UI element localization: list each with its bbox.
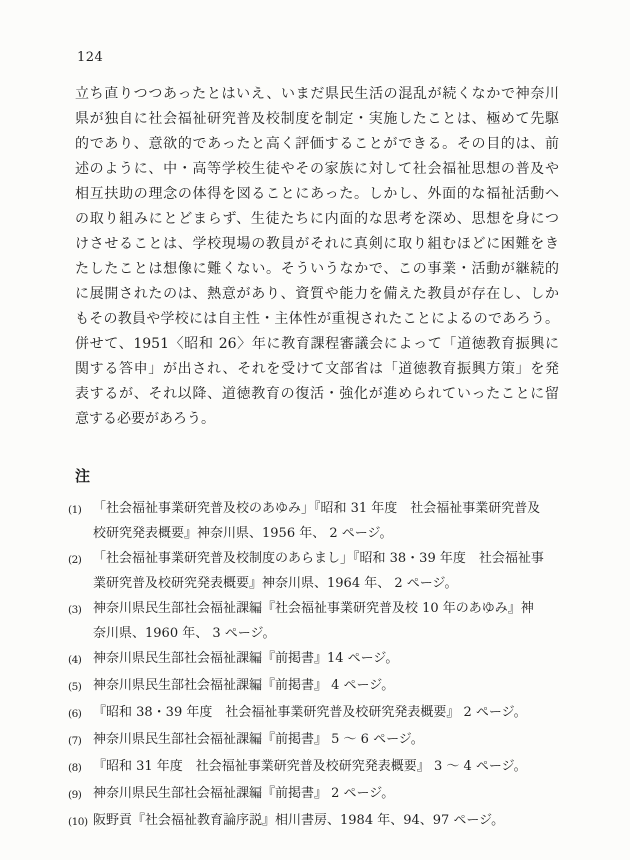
footnote: (2)「社会福祉事業研究普及校制度のあらまし」『昭和 38・39 年度 社会福祉… [68,546,559,596]
footnote: (4)神奈川県民生部社会福祉課編『前掲書』14 ページ。 [68,646,559,673]
paragraph-line: に展開されたのは、熱意があり、資質や能力を備えた教員が存在し、しか [75,282,559,307]
paragraph-line: 相互扶助の理念の体得を図ることにあった。しかし、外面的な福祉活動へ [75,182,559,207]
footnote-line: 『昭和 31 年度 社会福祉事業研究普及校研究発表概要』 3 〜 4 ページ。 [93,754,559,779]
footnote-number: (7) [68,727,93,754]
paragraph-line: 県が独自に社会福祉研究普及校制度を制定・実施したことは、極めて先駆 [75,107,559,132]
footnote-line: 奈川県、1960 年、 3 ページ。 [93,621,559,646]
footnote-lines: 「社会福祉事業研究普及校のあゆみ」『昭和 31 年度 社会福祉事業研究普及校研究… [93,496,559,546]
notes-heading: 注 [75,466,559,486]
footnote-lines: 阪野貢『社会福祉教育論序説』相川書房、1984 年、94、97 ページ。 [93,808,559,833]
paragraph-line: もその教員や学校には自主性・主体性が重視されたことによるのであろう。 [75,307,559,332]
paragraph-line: 述のように、中・高等学校生徒やその家族に対して社会福祉思想の普及や [75,157,559,182]
footnote-number: (9) [68,781,93,808]
footnote: (9)神奈川県民生部社会福祉課編『前掲書』 2 ページ。 [68,781,559,808]
paragraph-line: たしたことは想像に難くない。そういうなかで、この事業・活動が継続的 [75,257,559,282]
footnote-lines: 神奈川県民生部社会福祉課編『前掲書』 4 ページ。 [93,673,559,698]
footnote-lines: 神奈川県民生部社会福祉課編『前掲書』 2 ページ。 [93,781,559,806]
footnote-line: 「社会福祉事業研究普及校のあゆみ」『昭和 31 年度 社会福祉事業研究普及 [93,496,559,521]
footnote-number: (10) [68,808,93,835]
footnote: (10)阪野貢『社会福祉教育論序説』相川書房、1984 年、94、97 ページ。 [68,808,559,835]
footnote-line: 神奈川県民生部社会福祉課編『前掲書』 4 ページ。 [93,673,559,698]
footnote-number: (5) [68,673,93,700]
body-paragraph: 立ち直りつつあったとはいえ、いまだ県民生活の混乱が続くなかで神奈川県が独自に社会… [75,82,559,432]
page-number: 124 [77,50,559,66]
footnote-number: (3) [68,596,93,623]
document-page: 124 立ち直りつつあったとはいえ、いまだ県民生活の混乱が続くなかで神奈川県が独… [0,0,630,860]
footnote: (1)「社会福祉事業研究普及校のあゆみ」『昭和 31 年度 社会福祉事業研究普及… [68,496,559,546]
notes-list: (1)「社会福祉事業研究普及校のあゆみ」『昭和 31 年度 社会福祉事業研究普及… [68,496,559,835]
footnote-number: (4) [68,646,93,673]
footnote: (7)神奈川県民生部社会福祉課編『前掲書』 5 〜 6 ページ。 [68,727,559,754]
footnote-line: 神奈川県民生部社会福祉課編『前掲書』 2 ページ。 [93,781,559,806]
footnote: (6)『昭和 38・39 年度 社会福祉事業研究普及校研究発表概要』 2 ページ… [68,700,559,727]
footnote-number: (1) [68,496,93,523]
footnote-lines: 「社会福祉事業研究普及校制度のあらまし」『昭和 38・39 年度 社会福祉事業研… [93,546,559,596]
footnote-number: (6) [68,700,93,727]
footnote-line: 神奈川県民生部社会福祉課編『社会福祉事業研究普及校 10 年のあゆみ』神 [93,596,559,621]
paragraph-line: 立ち直りつつあったとはいえ、いまだ県民生活の混乱が続くなかで神奈川 [75,82,559,107]
footnote: (5)神奈川県民生部社会福祉課編『前掲書』 4 ページ。 [68,673,559,700]
footnote-line: 神奈川県民生部社会福祉課編『前掲書』14 ページ。 [93,646,559,671]
footnote-line: 阪野貢『社会福祉教育論序説』相川書房、1984 年、94、97 ページ。 [93,808,559,833]
paragraph-line: 併せて、1951〈昭和 26〉年に教育課程審議会によって「道徳教育振興に [75,332,559,357]
footnote-line: 校研究発表概要』神奈川県、1956 年、 2 ページ。 [93,521,559,546]
footnote-lines: 神奈川県民生部社会福祉課編『前掲書』 5 〜 6 ページ。 [93,727,559,752]
paragraph-line: 意する必要があろう。 [75,407,559,432]
footnote-line: 神奈川県民生部社会福祉課編『前掲書』 5 〜 6 ページ。 [93,727,559,752]
paragraph-line: 表するが、それ以降、道徳教育の復活・強化が進められていったことに留 [75,382,559,407]
footnote-lines: 『昭和 31 年度 社会福祉事業研究普及校研究発表概要』 3 〜 4 ページ。 [93,754,559,779]
paragraph-line: けさせることは、学校現場の教員がそれに真剣に取り組むほどに困難をき [75,232,559,257]
footnote: (3)神奈川県民生部社会福祉課編『社会福祉事業研究普及校 10 年のあゆみ』神奈… [68,596,559,646]
footnote-line: 「社会福祉事業研究普及校制度のあらまし」『昭和 38・39 年度 社会福祉事 [93,546,559,571]
footnote: (8)『昭和 31 年度 社会福祉事業研究普及校研究発表概要』 3 〜 4 ペー… [68,754,559,781]
paragraph-line: 的であり、意欲的であったと高く評価することができる。その目的は、前 [75,132,559,157]
footnote-number: (2) [68,546,93,573]
paragraph-line: 関する答申」が出され、それを受けて文部省は「道徳教育振興方策」を発 [75,357,559,382]
footnote-line: 業研究普及校研究発表概要』神奈川県、1964 年、 2 ページ。 [93,571,559,596]
footnote-lines: 神奈川県民生部社会福祉課編『社会福祉事業研究普及校 10 年のあゆみ』神奈川県、… [93,596,559,646]
footnote-lines: 『昭和 38・39 年度 社会福祉事業研究普及校研究発表概要』 2 ページ。 [93,700,559,725]
footnote-number: (8) [68,754,93,781]
paragraph-line: の取り組みにとどまらず、生徒たちに内面的な思考を深め、思想を身につ [75,207,559,232]
footnote-lines: 神奈川県民生部社会福祉課編『前掲書』14 ページ。 [93,646,559,671]
footnote-line: 『昭和 38・39 年度 社会福祉事業研究普及校研究発表概要』 2 ページ。 [93,700,559,725]
